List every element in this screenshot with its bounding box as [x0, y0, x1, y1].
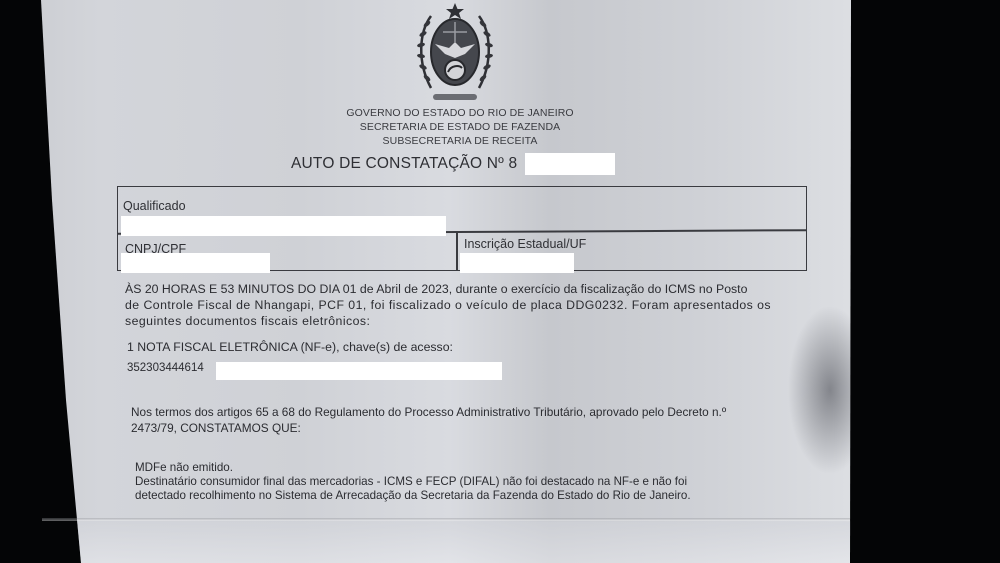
- issuer-government: GOVERNO DO ESTADO DO RIO DE JANEIRO: [300, 106, 620, 120]
- redacted-inscricao-estadual: [460, 253, 574, 273]
- redacted-cnpj-cpf: [121, 253, 270, 273]
- nfe-line: 1 NOTA FISCAL ELETRÔNICA (NF-e), chave(s…: [127, 339, 453, 355]
- box-column-divider: [456, 232, 458, 271]
- paragraph-1-line-1: ÀS 20 HORAS E 53 MINUTOS DO DIA 01 de Ab…: [125, 281, 747, 297]
- paragraph-1-line-3: seguintes documentos fiscais eletrônicos…: [125, 313, 370, 329]
- issuer-header: GOVERNO DO ESTADO DO RIO DE JANEIRO SECR…: [300, 106, 620, 148]
- redacted-document-number: [525, 153, 615, 175]
- paragraph-2-line-1: Nos termos dos artigos 65 a 68 do Regula…: [131, 404, 726, 420]
- paper-fold: [42, 518, 850, 521]
- redacted-nfe-access-key: [216, 362, 502, 380]
- coat-of-arms-icon: [413, 2, 497, 104]
- qualificado-label: Qualificado: [123, 199, 186, 213]
- issuer-subsecretariat: SUBSECRETARIA DE RECEITA: [300, 134, 620, 148]
- finding-2-line-2: detectado recolhimento no Sistema de Arr…: [135, 488, 691, 504]
- photo-scene: GOVERNO DO ESTADO DO RIO DE JANEIRO SECR…: [0, 0, 1000, 563]
- issuer-secretariat: SECRETARIA DE ESTADO DE FAZENDA: [300, 120, 620, 134]
- redacted-qualificado: [121, 216, 446, 236]
- document-title: AUTO DE CONSTATAÇÃO Nº 8: [291, 155, 517, 173]
- paragraph-1-line-2: de Controle Fiscal de Nhangapi, PCF 01, …: [125, 297, 771, 313]
- nfe-access-key-prefix: 352303444614: [127, 360, 204, 376]
- paragraph-2-line-2: 2473/79, CONSTATAMOS QUE:: [131, 420, 301, 436]
- inscricao-estadual-label: Inscrição Estadual/UF: [464, 237, 586, 251]
